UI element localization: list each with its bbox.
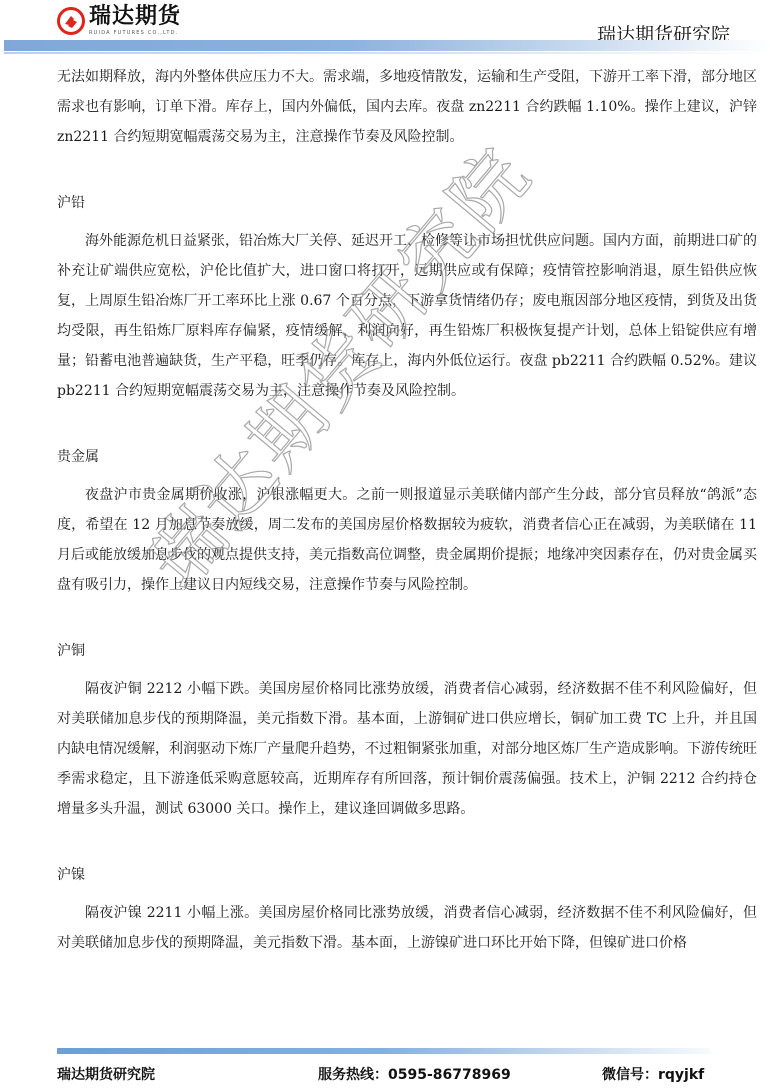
footer-wechat: 微信号：rqyjkf	[602, 1064, 704, 1084]
report-body: 无法如期释放，海内外整体供应压力不大。需求端，多地疫情散发，运输和生产受阻，下游…	[57, 62, 757, 958]
logo-name-en: RUIDA FUTURES CO.,LTD.	[89, 30, 181, 37]
footer-divider-band	[57, 1048, 710, 1054]
section-body: 隔夜沪镍 2211 小幅上涨。美国房屋价格同比涨势放缓，消费者信心减弱，经济数据…	[57, 898, 757, 958]
section-body: 隔夜沪铜 2212 小幅下跌。美国房屋价格同比涨势放缓，消费者信心减弱，经济数据…	[57, 674, 757, 824]
footer-org: 瑞达期货研究院	[57, 1064, 155, 1084]
section-title: 沪镍	[57, 860, 757, 890]
logo-name-cn: 瑞达期货	[89, 5, 181, 29]
section-body: 海外能源危机日益紧张，铅冶炼大厂关停、延迟开工、检修等让市场担忧供应问题。国内方…	[57, 226, 757, 406]
page-footer: 瑞达期货研究院 服务热线：0595-86778969 微信号：rqyjkf	[57, 1064, 717, 1086]
section-title: 沪铜	[57, 636, 757, 666]
section-copper: 沪铜 隔夜沪铜 2212 小幅下跌。美国房屋价格同比涨势放缓，消费者信心减弱，经…	[57, 636, 757, 824]
section-title: 贵金属	[57, 442, 757, 472]
footer-hotline: 服务热线：0595-86778969	[318, 1064, 511, 1084]
header-divider-line	[4, 52, 770, 54]
intro-paragraph: 无法如期释放，海内外整体供应压力不大。需求端，多地疫情散发，运输和生产受阻，下游…	[57, 62, 757, 152]
ruida-logo-icon	[57, 7, 85, 35]
section-lead: 沪铅 海外能源危机日益紧张，铅冶炼大厂关停、延迟开工、检修等让市场担忧供应问题。…	[57, 188, 757, 406]
section-nickel: 沪镍 隔夜沪镍 2211 小幅上涨。美国房屋价格同比涨势放缓，消费者信心减弱，经…	[57, 860, 757, 958]
company-logo: 瑞达期货 RUIDA FUTURES CO.,LTD.	[57, 5, 181, 37]
section-precious-metals: 贵金属 夜盘沪市贵金属期价收涨，沪银涨幅更大。之前一则报道显示美联储内部产生分歧…	[57, 442, 757, 600]
header-divider-band	[4, 40, 770, 51]
section-body: 夜盘沪市贵金属期价收涨，沪银涨幅更大。之前一则报道显示美联储内部产生分歧，部分官…	[57, 480, 757, 600]
section-title: 沪铅	[57, 188, 757, 218]
page-header: 瑞达期货 RUIDA FUTURES CO.,LTD. 瑞达期货研究院	[0, 0, 770, 60]
